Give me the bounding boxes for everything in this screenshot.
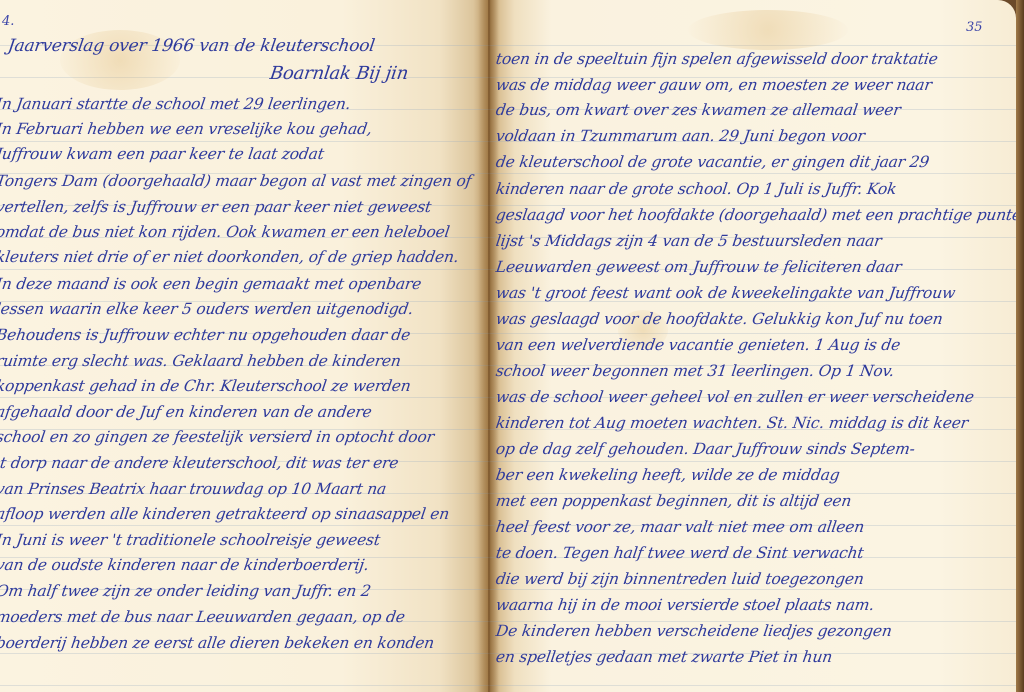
text-line: voldaan in Tzummarum aan. 29 Juni begon … bbox=[495, 127, 866, 145]
text-line: ruimte erg slecht was. Geklaard hebben d… bbox=[0, 352, 402, 370]
text-line: de bus, om kwart over zes kwamen ze alle… bbox=[495, 101, 902, 119]
text-line: was geslaagd voor de hoofdakte. Gelukkig… bbox=[495, 310, 944, 328]
left-page: 4. Jaarverslag over 1966 van de kleuters… bbox=[0, 0, 488, 692]
paper-stain bbox=[688, 10, 848, 50]
text-line: kleuters niet drie of er niet doorkonden… bbox=[0, 248, 460, 266]
text-line: In Juni is weer 't traditionele schoolre… bbox=[0, 531, 381, 549]
text-line: en spelletjes gedaan met zwarte Piet in … bbox=[495, 648, 834, 666]
text-line: Leeuwarden geweest om Juffrouw te felici… bbox=[495, 258, 903, 276]
text-line: school en zo gingen ze feestelijk versie… bbox=[0, 428, 435, 446]
text-line: Om half twee zijn ze onder leiding van J… bbox=[0, 582, 372, 600]
text-line: afloop werden alle kinderen getrakteerd … bbox=[0, 505, 450, 523]
right-page: 35 toen in de speeltuin fijn spelen afge… bbox=[488, 0, 1016, 692]
text-line: van de oudste kinderen naar de kinderboe… bbox=[0, 556, 370, 574]
text-line: koppenkast gehad in de Chr. Kleuterschoo… bbox=[0, 377, 412, 395]
text-line: In Januari startte de school met 29 leer… bbox=[0, 95, 352, 113]
left-page-number: 4. bbox=[2, 14, 14, 29]
text-line: heel feest voor ze, maar valt niet mee o… bbox=[495, 518, 866, 536]
text-line: op de dag zelf gehouden. Daar Juffrouw s… bbox=[495, 440, 916, 458]
text-line: afgehaald door de Juf en kinderen van de… bbox=[0, 403, 373, 421]
right-page-number: 35 bbox=[966, 20, 983, 35]
text-line: Behoudens is Juffrouw echter nu opgehoud… bbox=[0, 326, 411, 344]
text-line: vertellen, zelfs is Juffrouw er een paar… bbox=[0, 198, 432, 216]
text-line: kinderen tot Aug moeten wachten. St. Nic… bbox=[495, 414, 969, 432]
text-line: In deze maand is ook een begin gemaakt m… bbox=[0, 275, 422, 293]
text-line: 't dorp naar de andere kleuterschool, di… bbox=[0, 454, 400, 472]
text-line: Tongers Dam (doorgehaald) maar begon al … bbox=[0, 172, 472, 190]
text-line: was 't groot feest want ook de kweekelin… bbox=[495, 284, 957, 302]
text-line: lijst 's Middags zijn 4 van de 5 bestuur… bbox=[495, 232, 883, 250]
text-line: boerderij hebben ze eerst alle dieren be… bbox=[0, 634, 435, 652]
text-line: omdat de bus niet kon rijden. Ook kwamen… bbox=[0, 223, 451, 241]
notebook-spread: 4. Jaarverslag over 1966 van de kleuters… bbox=[0, 0, 1024, 692]
text-line: was de school weer geheel vol en zullen … bbox=[495, 388, 975, 406]
text-line: de kleuterschool de grote vacantie, er g… bbox=[495, 153, 931, 171]
text-line: was de middag weer gauw om, en moesten z… bbox=[495, 76, 933, 94]
text-line: lessen waarin elke keer 5 ouders werden … bbox=[0, 300, 414, 318]
text-line: van een welverdiende vacantie genieten. … bbox=[495, 336, 902, 354]
text-line: waarna hij in de mooi versierde stoel pl… bbox=[495, 596, 876, 614]
text-line: Juffrouw kwam een paar keer te laat zoda… bbox=[0, 145, 325, 163]
text-line: met een poppenkast beginnen, dit is alti… bbox=[495, 492, 853, 510]
text-line: die werd bij zijn binnentreden luid toeg… bbox=[495, 570, 865, 588]
text-line: kinderen naar de grote school. Op 1 Juli… bbox=[495, 180, 898, 198]
text-line: In Februari hebben we een vreselijke kou… bbox=[0, 120, 373, 138]
text-line: van Prinses Beatrix haar trouwdag op 10 … bbox=[0, 480, 387, 498]
text-line: te doen. Tegen half twee werd de Sint ve… bbox=[495, 544, 865, 562]
text-line: geslaagd voor het hoofdakte (doorgehaald… bbox=[495, 206, 1016, 224]
text-line: ber een kwekeling heeft, wilde ze de mid… bbox=[495, 466, 841, 484]
book-cover-edge bbox=[1016, 0, 1024, 692]
text-line: De kinderen hebben verscheidene liedjes … bbox=[495, 622, 893, 640]
page-subtitle: Boarnlak Bij jin bbox=[269, 63, 410, 84]
text-line: moeders met de bus naar Leeuwarden gegaa… bbox=[0, 608, 406, 626]
text-line: school weer begonnen met 31 leerlingen. … bbox=[495, 362, 896, 380]
text-line: toen in de speeltuin fijn spelen afgewis… bbox=[495, 50, 939, 68]
page-title: Jaarverslag over 1966 van de kleuterscho… bbox=[7, 36, 376, 56]
